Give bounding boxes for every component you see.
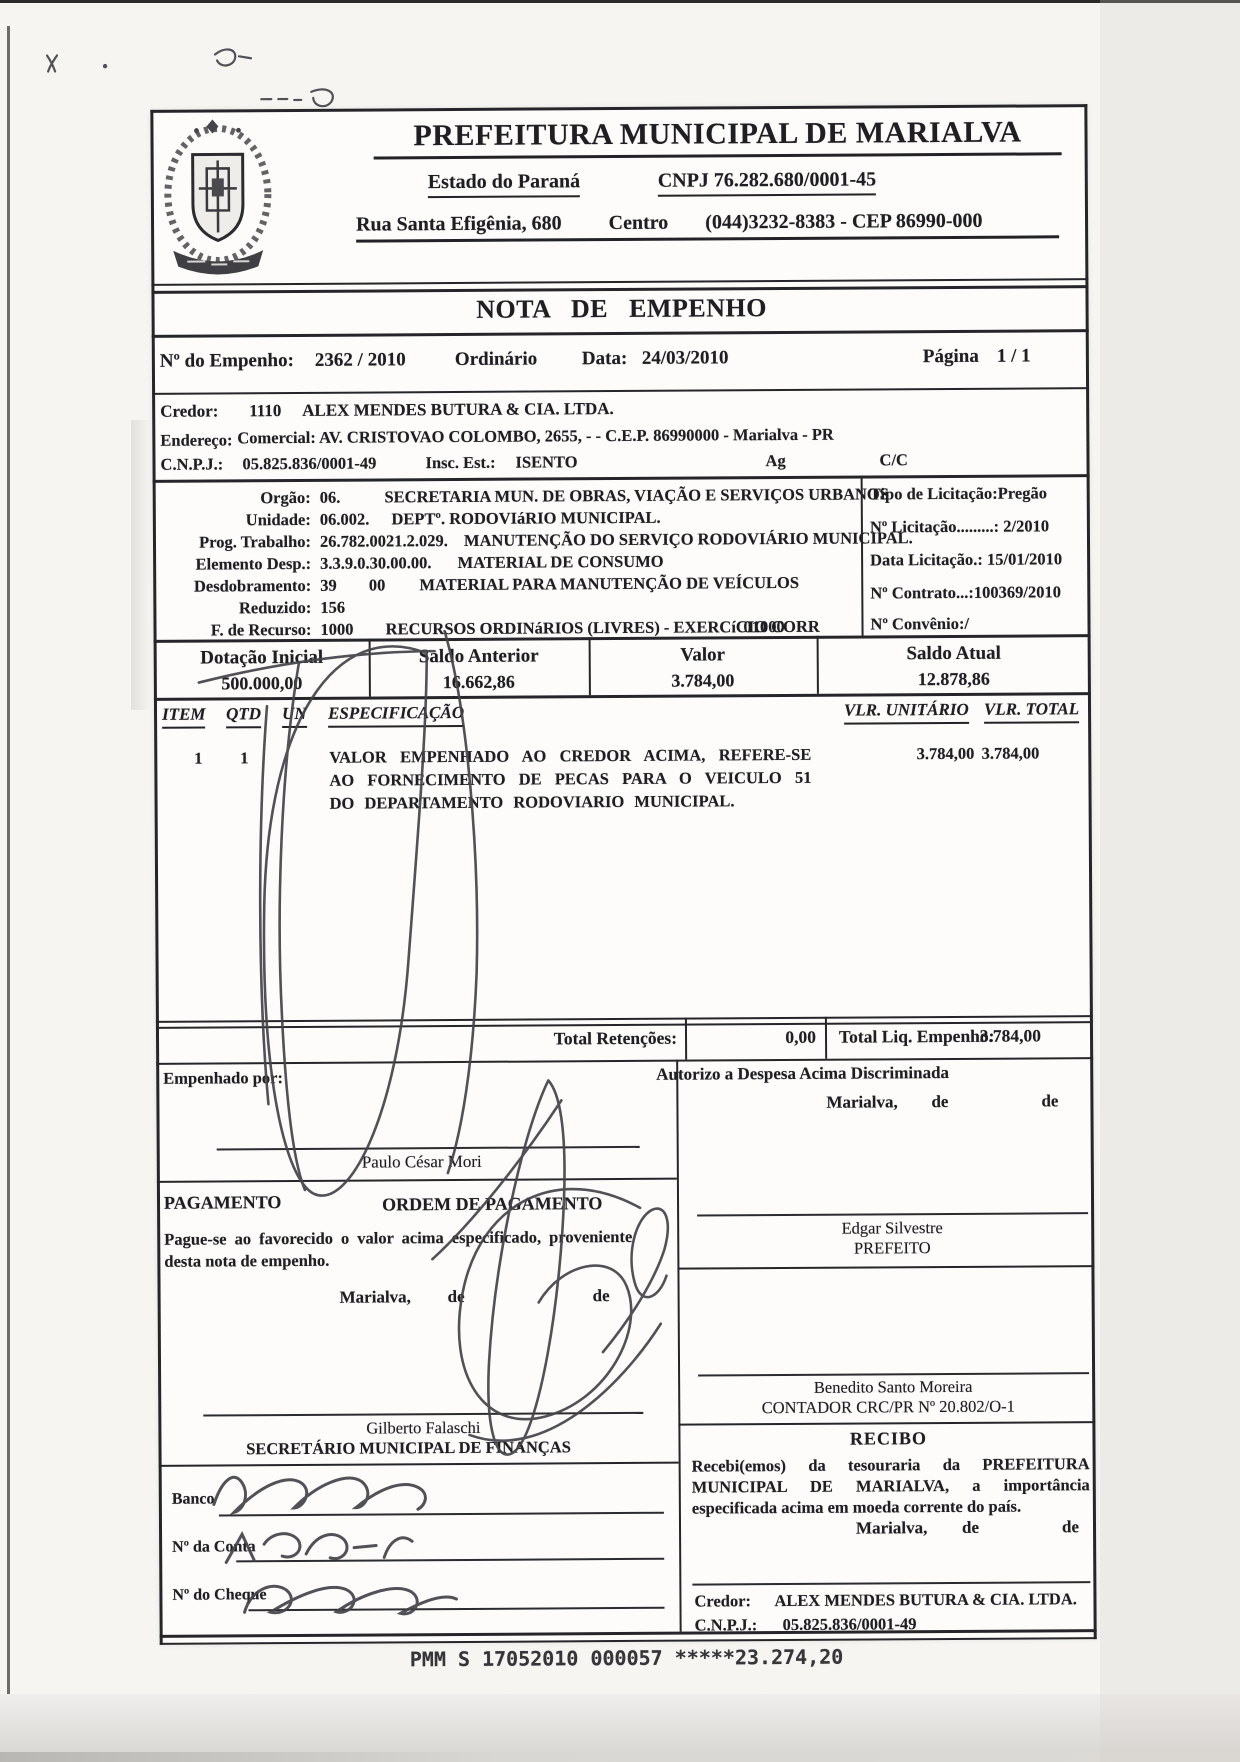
saldo-anterior-value: 16.662,86 <box>371 671 587 693</box>
dotacao-inicial-value: 500.000,00 <box>157 673 367 695</box>
saldo-anterior-label: Saldo Anterior <box>371 645 587 668</box>
recibo-de2: de <box>1062 1517 1079 1537</box>
elemento-desp-code: 3.3.9.0.30.00.00. <box>320 553 431 573</box>
unidade-value: 06.002. DEPTº. RODOVIáRIO MUNICIPAL. <box>320 508 661 530</box>
desdobramento-value: 39 00 MATERIAL PARA MANUTENÇÃO DE VEÍCUL… <box>320 573 799 596</box>
rule <box>817 636 819 694</box>
rule <box>825 1017 827 1059</box>
empenho-number-label: Nº do Empenho: <box>160 350 294 373</box>
pagamento-cargo: SECRETÁRIO MUNICIPAL DE FINANÇAS <box>173 1437 643 1460</box>
item-row-qtd: 1 <box>233 748 255 768</box>
autorizacao-cidade: Marialva, <box>826 1092 897 1112</box>
cheque-label: Nº do Cheque <box>172 1586 266 1605</box>
prog-trabalho-code: 26.782.0021.2.029. <box>320 531 448 551</box>
header-state: Estado do Paraná <box>428 170 580 198</box>
elemento-desp-desc: MATERIAL DE CONSUMO <box>458 552 664 572</box>
insc-est-label: Insc. Est.: <box>425 453 495 473</box>
recibo-titulo: RECIBO <box>763 1428 1013 1451</box>
empenho-date: 24/03/2010 <box>642 347 729 370</box>
ag-label: Ag <box>765 451 785 471</box>
empenho-modality: Ordinário <box>455 348 537 371</box>
credor-label: Credor: <box>160 401 218 421</box>
elemento-desp-value: 3.3.9.0.30.00.00. MATERIAL DE CONSUMO <box>320 552 664 574</box>
licitacao-numero: Nº Licitação.........: 2/2010 <box>870 516 1049 537</box>
licitacao-tipo: Tipo de Licitação:Pregão <box>870 483 1047 504</box>
credor-name: ALEX MENDES BUTURA & CIA. LTDA. <box>302 399 614 421</box>
rule <box>589 637 591 695</box>
contador-assinante: Benedito Santo Moreira <box>733 1376 1053 1398</box>
orgao-code: 06. <box>320 488 341 507</box>
autorizacao-de1: de <box>931 1092 948 1112</box>
coat-of-arms <box>158 116 277 279</box>
prog-trabalho-desc: MANUTENÇÃO DO SERVIÇO RODOVIÁRIO MUNICIP… <box>464 528 913 550</box>
total-retencoes-value: 0,00 <box>701 1027 816 1049</box>
desdobramento-code2: 00 <box>369 575 386 594</box>
dotacao-inicial-label: Dotação Inicial <box>157 647 367 670</box>
header-district: Centro <box>609 212 669 234</box>
itens-header-item: ITEM <box>162 705 206 729</box>
item-row-especificacao: VALOR EMPENHADO AO CREDOR ACIMA, REFERE-… <box>329 743 811 815</box>
endereco-label: Endereço: <box>160 430 232 450</box>
autorizacao-de2: de <box>1041 1091 1058 1111</box>
rule <box>369 639 371 697</box>
itens-header-vlr-unitario: VLR. UNITÁRIO <box>844 700 969 725</box>
orgao-label: Orgão: <box>148 488 311 509</box>
itens-header-vlr-total: VLR. TOTAL <box>984 699 1079 724</box>
prog-trabalho-value: 26.782.0021.2.029. MANUTENÇÃO DO SERVIÇO… <box>320 528 913 552</box>
recibo-cidade: Marialva, <box>856 1518 927 1538</box>
valor-label: Valor <box>591 644 815 667</box>
contador-cargo: CONTADOR CRC/PR Nº 20.802/O-1 <box>693 1396 1083 1418</box>
empenhado-assinante: Paulo César Mori <box>257 1151 587 1173</box>
dot-matrix-stamp: PMM S 17052010 000057 *****23.274,20 <box>410 1645 844 1672</box>
banco-label: Banco <box>172 1490 215 1508</box>
pagamento-de1: de <box>448 1287 465 1307</box>
pagamento-titulo: PAGAMENTO <box>164 1192 281 1214</box>
pagamento-texto: Pague-se ao favorecido o valor acima esp… <box>164 1226 632 1273</box>
header-address-row: Rua Santa Efigênia, 680 Centro (044)3232… <box>356 209 1059 242</box>
itens-header-un: UN <box>282 704 307 728</box>
pagamento-cidade: Marialva, <box>340 1287 411 1307</box>
autorizacao-assinante: Edgar Silvestre <box>762 1218 1022 1240</box>
unidade-label: Unidade: <box>148 510 311 531</box>
org-name: PREFEITURA MUNICIPAL DE MARIALVA <box>373 115 1061 159</box>
item-row-vlr-total: 3.784,00 <box>904 743 1039 764</box>
recibo-texto: Recebi(emos) da tesouraria da PREFEITURA… <box>692 1453 1090 1518</box>
valor-value: 3.784,00 <box>591 670 815 692</box>
desdobramento-label: Desdobramento: <box>148 576 311 597</box>
insc-est-value: ISENTO <box>515 452 577 472</box>
autorizacao-cargo: PREFEITO <box>762 1238 1022 1260</box>
elemento-desp-label: Elemento Desp.: <box>148 554 311 575</box>
page-value: 1 / 1 <box>997 345 1031 367</box>
f-recurso-code: 1000 <box>320 620 353 639</box>
orgao-desc: SECRETARIA MUN. DE OBRAS, VIAÇÃO E SERVI… <box>384 484 889 506</box>
credor-cnpj-label: C.N.P.J.: <box>160 454 223 474</box>
licitacao-contrato: Nº Contrato...:100369/2010 <box>870 582 1061 603</box>
cc-label: C/C <box>879 450 908 470</box>
reduzido-code: 156 <box>320 598 345 618</box>
licitacao-data: Data Licitação.: 15/01/2010 <box>870 549 1062 570</box>
reduzido-label: Reduzido: <box>148 598 311 619</box>
licitacao-convenio: Nº Convênio:/ <box>870 614 969 635</box>
header-phone-cep: (044)3232-8383 - CEP 86990-000 <box>705 210 982 234</box>
saldo-atual-label: Saldo Atual <box>819 642 1089 666</box>
unidade-desc: DEPTº. RODOVIáRIO MUNICIPAL. <box>391 508 660 529</box>
pagamento-assinante: Gilberto Falaschi <box>258 1417 588 1439</box>
form-document: PREFEITURA MUNICIPAL DE MARIALVA Estado … <box>0 0 1240 1762</box>
credor-cnpj-value: 05.825.836/0001-49 <box>242 453 376 474</box>
total-liq-value: 3.784,00 <box>901 1025 1041 1047</box>
scanned-document-page: { "scan": { "footer_stamp": "PMM S 17052… <box>0 0 1240 1762</box>
stray-pen-marks <box>47 49 333 108</box>
empenhado-por-label: Empenhado por: <box>163 1068 283 1089</box>
rule <box>685 1018 687 1060</box>
page-label: Página <box>923 346 979 368</box>
prog-trabalho-label: Prog. Trabalho: <box>148 532 311 553</box>
conta-label: Nº da Conta <box>172 1538 256 1557</box>
credor-code: 1110 <box>249 401 281 421</box>
desdobramento-desc: MATERIAL PARA MANUTENÇÃO DE VEÍCULOS <box>419 573 799 594</box>
itens-header-espec: ESPECIFICAÇÃO <box>328 703 464 728</box>
f-recurso-extra: 01000 <box>743 617 784 637</box>
empenho-date-label: Data: <box>582 348 628 370</box>
saldo-atual-value: 12.878,86 <box>819 668 1089 691</box>
ordem-pagamento-titulo: ORDEM DE PAGAMENTO <box>382 1193 602 1215</box>
f-recurso-label: F. de Recurso: <box>148 620 311 641</box>
header-address: Rua Santa Efigênia, 680 <box>356 212 562 235</box>
autorizacao-titulo: Autorizo a Despesa Acima Discriminada <box>656 1063 949 1085</box>
endereco-value: Comercial: AV. CRISTOVAO COLOMBO, 2655, … <box>237 425 834 449</box>
recibo-credor-value: ALEX MENDES BUTURA & CIA. LTDA. <box>774 1589 1077 1611</box>
desdobramento-code: 39 <box>320 576 337 595</box>
document-title: NOTA DE EMPENHO <box>276 292 966 326</box>
header-cnpj: CNPJ 76.282.680/0001-45 <box>658 168 876 196</box>
itens-header-qtd: QTD <box>226 704 261 728</box>
pagamento-de2: de <box>593 1286 610 1306</box>
empenho-number: 2362 / 2010 <box>315 349 406 372</box>
recibo-credor-label: Credor: <box>694 1591 751 1611</box>
recibo-de1: de <box>962 1518 979 1538</box>
item-row-item: 1 <box>187 749 209 769</box>
total-retencoes-label: Total Retenções: <box>501 1028 677 1050</box>
unidade-code: 06.002. <box>320 510 370 529</box>
orgao-value: 06. SECRETARIA MUN. DE OBRAS, VIAÇÃO E S… <box>320 484 889 507</box>
